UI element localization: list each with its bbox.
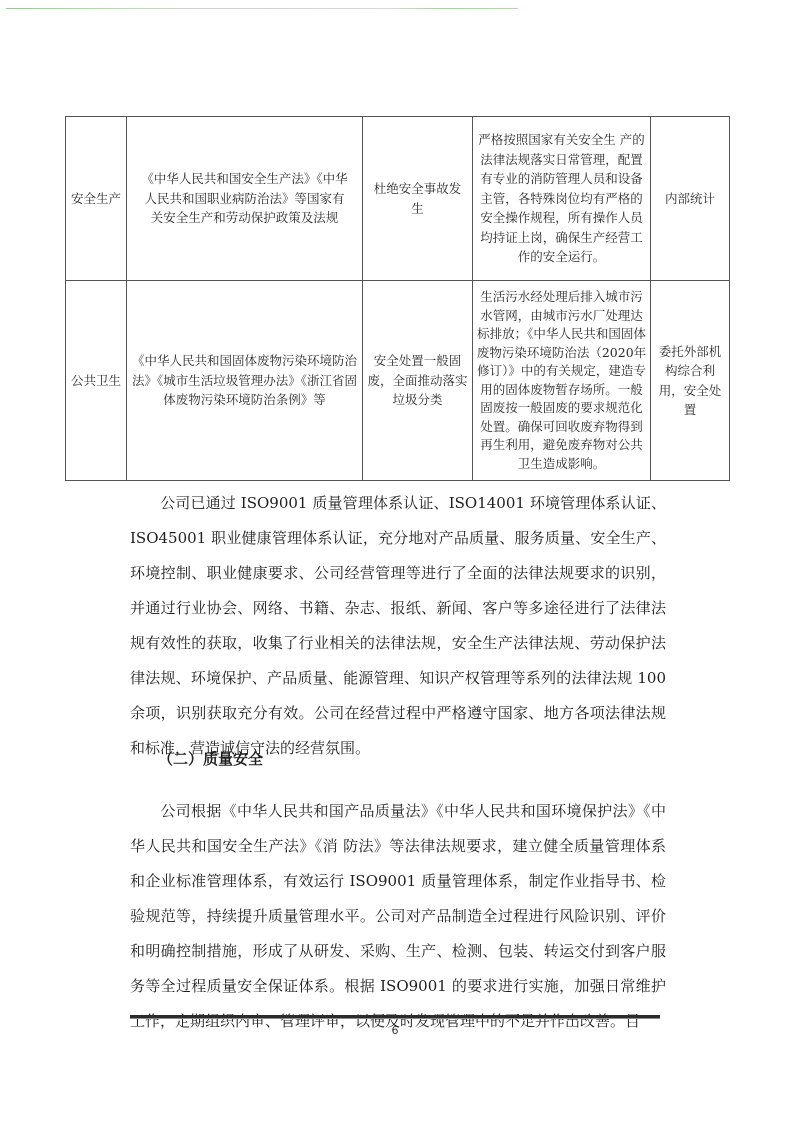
goal-cell: 安全处置一般固废，全面推动落实垃圾分类 [363,281,473,481]
paragraph-text: 公司已通过 ISO9001 质量管理体系认证、ISO14001 环境管理体系认证… [130,494,666,757]
table-row: 安全生产 《中华人民共和国安全生产法》《中华人民共和国职业病防治法》等国家有关安… [66,117,730,281]
page-number: 6 [130,1024,660,1037]
paragraph-text: 公司根据《中华人民共和国产品质量法》《中华人民共和国环境保护法》《中华人民共和国… [130,802,666,1030]
category-cell: 公共卫生 [66,281,127,481]
top-scan-rule [6,8,518,9]
measures-cell: 严格按照国家有关安全生 产的法律法规落实日常管理，配置有专业的消防管理人员和设备… [473,117,651,281]
paragraph-quality-safety: 公司根据《中华人民共和国产品质量法》《中华人民共和国环境保护法》《中华人民共和国… [130,794,666,1039]
section-heading: （二）质量安全 [158,748,263,769]
compliance-table: 安全生产 《中华人民共和国安全生产法》《中华人民共和国职业病防治法》等国家有关安… [65,116,730,481]
method-cell: 委托外部机构综合利用，安全处置 [651,281,730,481]
method-cell: 内部统计 [651,117,730,281]
goal-cell: 杜绝安全事故发生 [363,117,473,281]
paragraph-legal-compliance: 公司已通过 ISO9001 质量管理体系认证、ISO14001 环境管理体系认证… [130,486,666,766]
laws-cell: 《中华人民共和国固体废物污染环境防治法》《城市生活垃圾管理办法》《浙江省固体废物… [127,281,363,481]
measures-cell: 生活污水经处理后排入城市污水管网，由城市污水厂处理达标排放；《中华人民共和国固体… [473,281,651,481]
category-cell: 安全生产 [66,117,127,281]
footer-rule [130,1015,660,1019]
table-row: 公共卫生 《中华人民共和国固体废物污染环境防治法》《城市生活垃圾管理办法》《浙江… [66,281,730,481]
laws-cell: 《中华人民共和国安全生产法》《中华人民共和国职业病防治法》等国家有关安全生产和劳… [127,117,363,281]
